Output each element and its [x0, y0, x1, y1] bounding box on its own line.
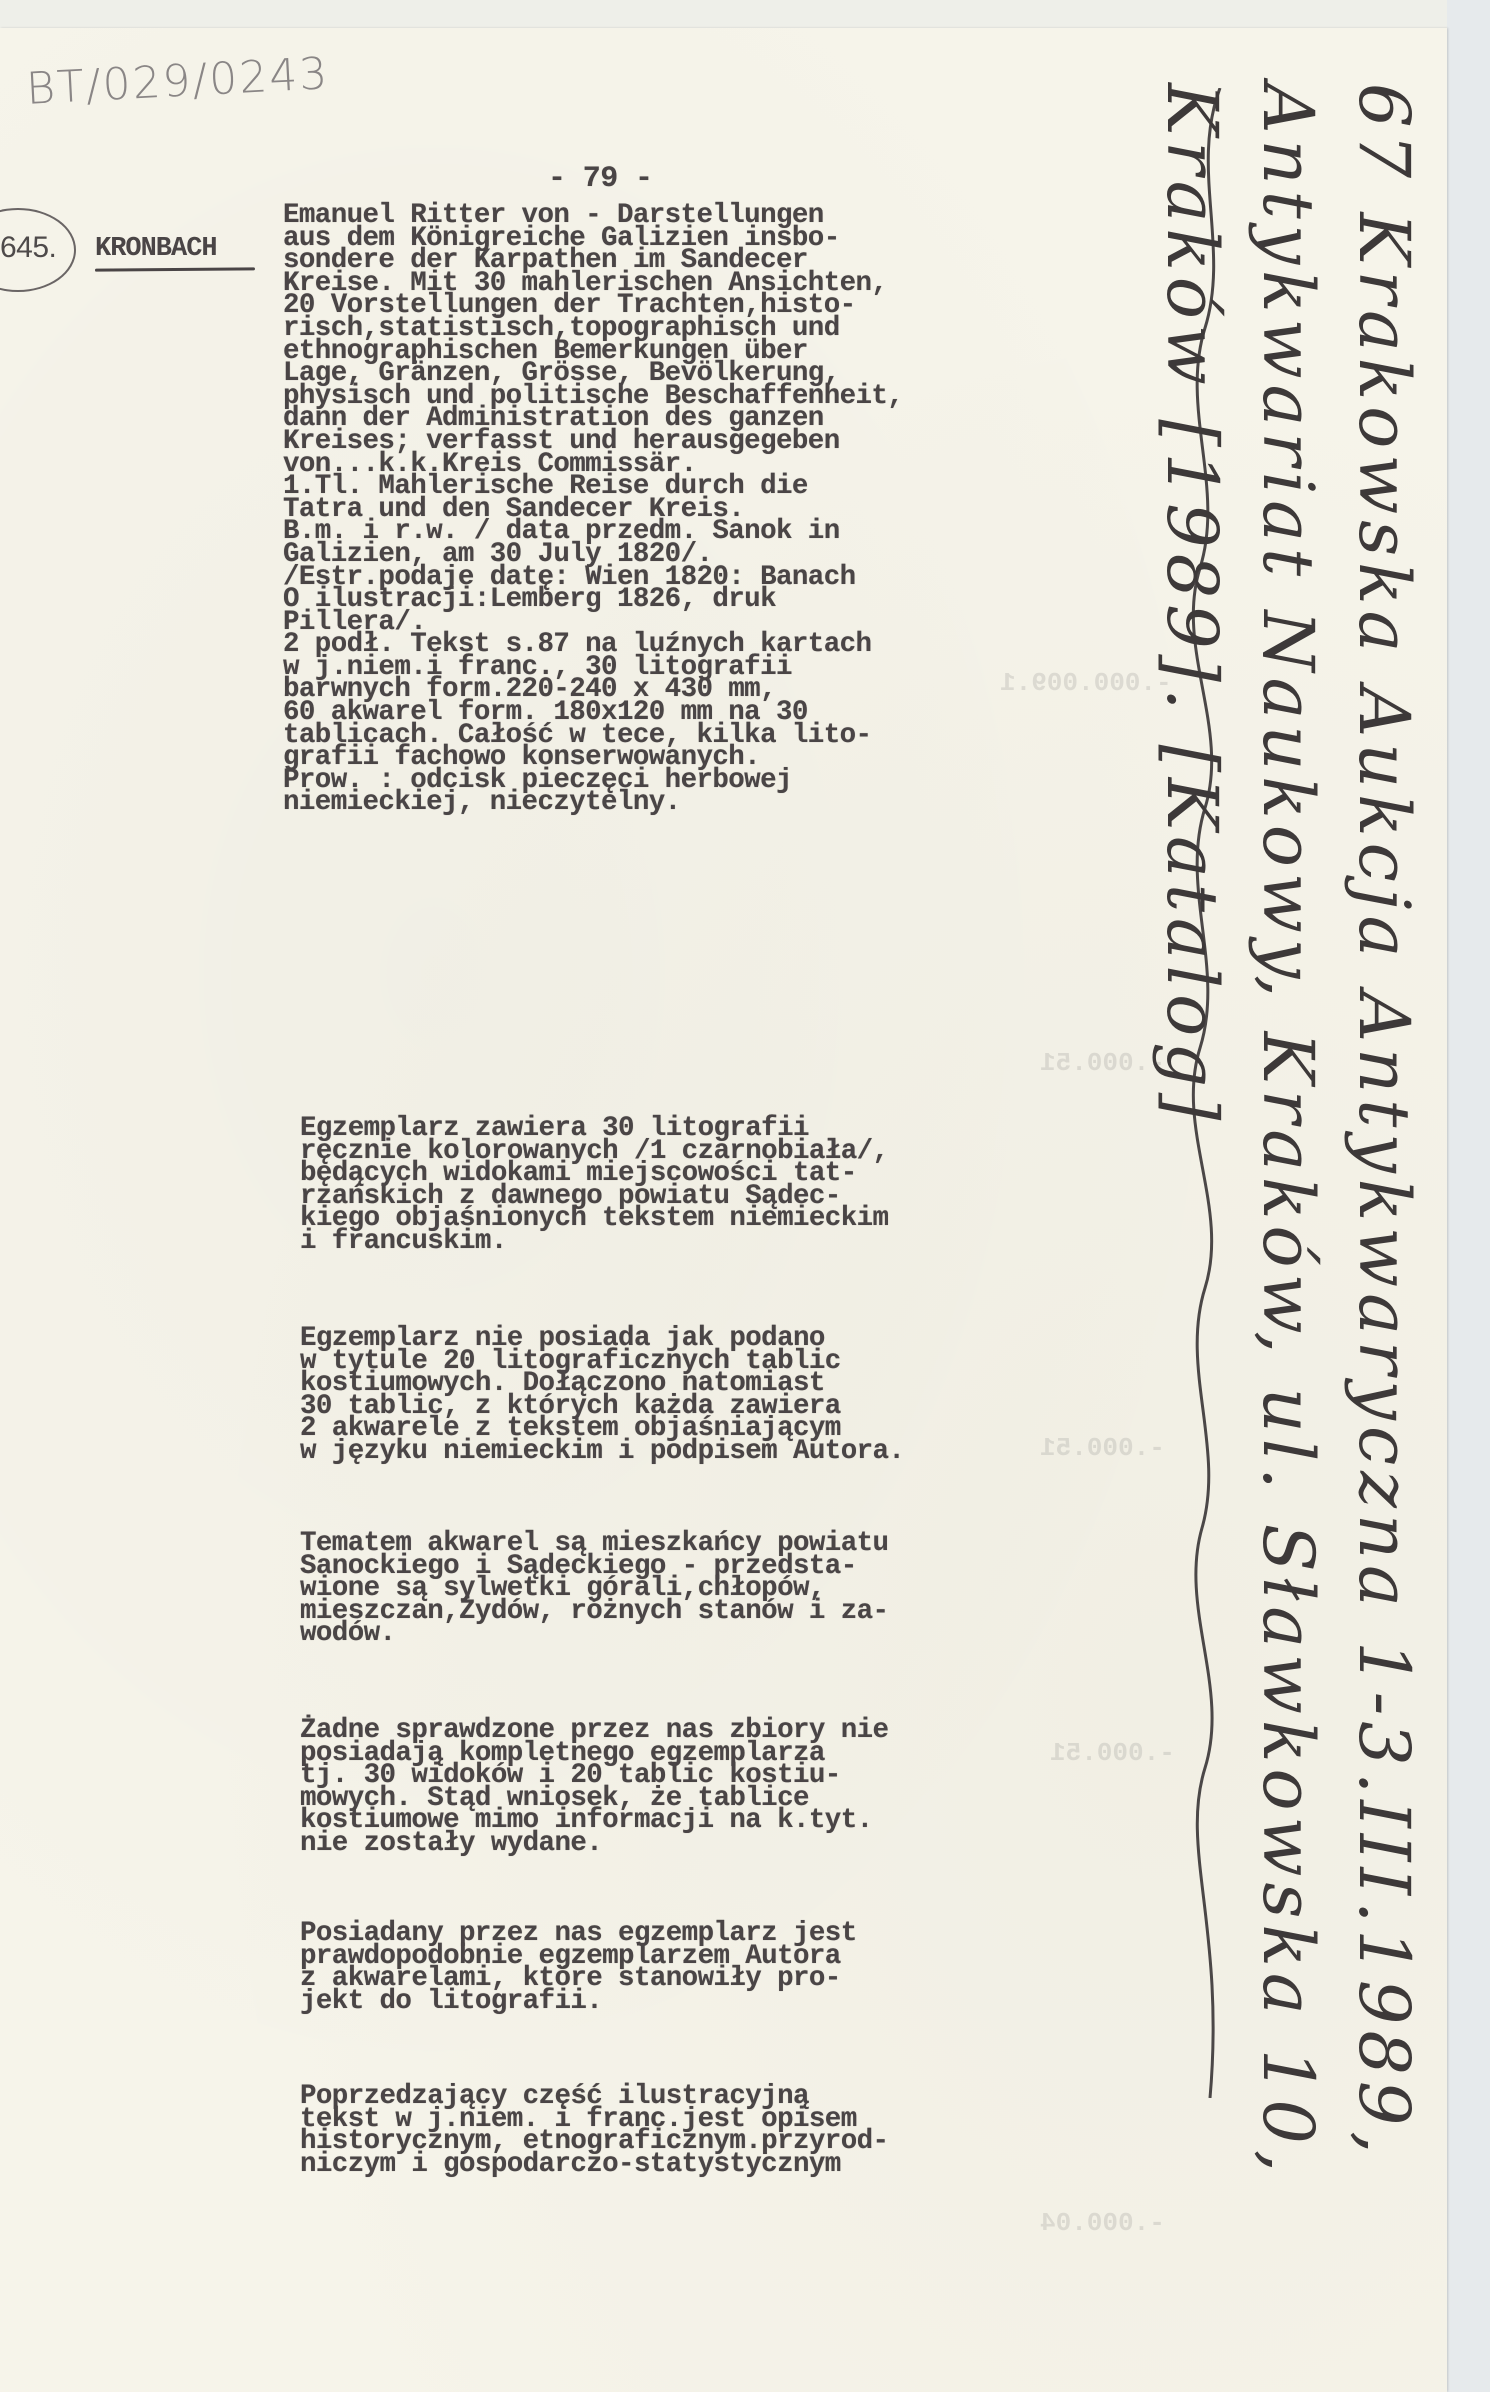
text-line: nie zostały wydane. [300, 1833, 888, 1856]
paragraph-contents: Egzemplarz zawiera 30 litografiiręcznie … [300, 1118, 888, 1254]
text-line: w języku niemieckim i podpisem Autora. [300, 1441, 904, 1464]
paragraph-missing-plates: Egzemplarz nie posiada jak podanow tytul… [300, 1328, 904, 1464]
document-page: BT/029/0243 - 79 - 645. KRONBACH Emanuel… [0, 28, 1447, 2392]
text-line: niemieckiej, nieczytelny. [283, 792, 903, 815]
text-line: i francuskim. [300, 1231, 888, 1254]
page-number: - 79 - [548, 168, 652, 191]
paragraph-preceding-text: Poprzedzający część ilustracyjnątekst w … [300, 2086, 888, 2176]
entry-author: KRONBACH [95, 234, 217, 264]
scanner-background-strip [0, 0, 1447, 30]
archive-reference-number: BT/029/0243 [25, 48, 331, 115]
paragraph-author-copy: Posiadany przez nas egzemplarz jestprawd… [300, 1923, 857, 2013]
handwritten-line: Kraków [1989]. [Katalog] [1151, 83, 1233, 1126]
text-line: niczym i gospodarczo-statystycznym [300, 2154, 888, 2177]
text-line: jekt do litografii. [300, 1991, 857, 2014]
handwritten-line: 67 Krakowska Aukcja Antykwaryczna 1-3.II… [1343, 83, 1425, 2160]
handwritten-catalog-note: 67 Krakowska Aukcja Antykwaryczna 1-3.II… [1105, 83, 1425, 2343]
entry-description: Emanuel Ritter von - Darstellungenaus de… [283, 205, 903, 815]
handwritten-line: Antykwariat Naukowy, Kraków, ul. Sławkow… [1247, 83, 1329, 2178]
paragraph-watercolor-subjects: Tematem akwarel są mieszkańcy powiatuSan… [300, 1533, 888, 1646]
paragraph-collections: Żadne sprawdzone przez nas zbiory niepos… [300, 1720, 888, 1856]
entry-number: 645. [0, 231, 56, 265]
author-underline [95, 267, 255, 271]
